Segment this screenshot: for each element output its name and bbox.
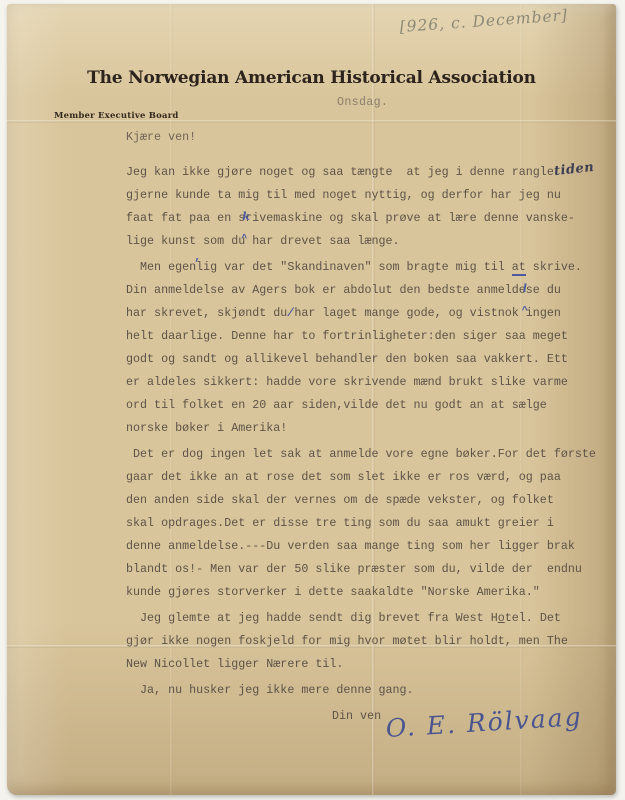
body-line: New Nicollet ligger Nærere til. xyxy=(126,653,616,676)
body-line: er aldeles sikkert: hadde vore skrivende… xyxy=(126,371,616,394)
body-line: gjør ikke nogen foskjeld for mig hvor mø… xyxy=(126,630,616,653)
typed-text: Jeg kan ikke gjøre noget og saa tængte a… xyxy=(126,165,554,179)
typed-text: faat fat paa en s xyxy=(126,211,245,225)
typed-text: skrive. xyxy=(526,260,582,274)
typed-text: har skrevet, skjøndt du xyxy=(126,306,287,320)
typed-text: se du xyxy=(526,283,561,297)
body-line: faat fat paa en sk^rivemaskine og skal p… xyxy=(126,207,616,230)
underlined-word-at: at xyxy=(512,260,526,276)
typed-text: rivemaskine og skal prøve at lære denne … xyxy=(245,211,575,225)
body-line: norske bøker i Amerika! xyxy=(126,417,616,440)
body-line: blandt os!- Men var der 50 slike præster… xyxy=(126,558,616,581)
caret-mark: ^ xyxy=(241,228,247,251)
handwritten-insert-tiden: tiden xyxy=(553,156,595,183)
body-line: Jeg kan ikke gjøre noget og saa tængte a… xyxy=(126,160,616,184)
body-line: Jeg glemte at jeg hadde sendt dig brevet… xyxy=(126,607,616,630)
body-line: lige kunst, som du har drevet saa længe. xyxy=(126,230,616,253)
letterhead-title: The Norwegian American Historical Associ… xyxy=(7,68,616,88)
member-note: Member Executive Board xyxy=(54,111,179,121)
inserted-comma: , xyxy=(194,246,201,269)
body-line: denne anmeldelse.---Du verden saa mange … xyxy=(126,535,616,558)
scanned-letter: [926, c. December] The Norwegian America… xyxy=(0,0,625,800)
typed-text: som du har drevet saa længe. xyxy=(196,234,399,248)
body-line: helt daarlige. Denne har to fortrinlighe… xyxy=(126,325,616,348)
typed-text: tel. Det xyxy=(505,611,561,625)
inserted-letter: k xyxy=(242,205,250,228)
body-line: ord til folket en 20 aar siden,vilde det… xyxy=(126,394,616,417)
body-line: skal opdrages.Det er disse tre ting som … xyxy=(126,512,616,535)
body-line: har skrevet, skjøndt du/har laget mange … xyxy=(126,302,616,325)
inserted-letter: l xyxy=(523,277,527,300)
caret-mark: ^ xyxy=(522,300,528,323)
body-line: kunde gjøres storverker i dette saakaldt… xyxy=(126,581,616,604)
body-line: den anden side skal der vernes om de spæ… xyxy=(126,489,616,512)
body-line: Din anmeldelse av Agers bok er abdolut d… xyxy=(126,279,616,302)
body-line: Ja, nu husker jeg ikke mere denne gang. xyxy=(126,679,616,702)
salutation: Kjære ven! xyxy=(126,130,196,144)
body-line: Det er dog ingen let sak at anmelde vore… xyxy=(126,443,616,466)
archival-date-note: [926, c. December] xyxy=(399,3,620,36)
typed-text: Men egenlig var det "Skandinaven" som br… xyxy=(126,260,512,274)
dateline: Onsdag. xyxy=(337,95,388,109)
typed-text: Din anmeldelse av Agers bok er abdolut d… xyxy=(126,283,526,297)
typed-text: lige kunst xyxy=(126,234,196,248)
body-line: gjerne kunde ta mig til med noget nyttig… xyxy=(126,184,616,207)
typed-text: Jeg glemte at jeg hadde sendt dig brevet… xyxy=(126,611,498,625)
typed-overstrike-o: o xyxy=(498,611,505,625)
letter-paper: [926, c. December] The Norwegian America… xyxy=(7,4,616,795)
body-line: godt og sandt og allikevel behandler den… xyxy=(126,348,616,371)
body-line: gaar det ikke an at rose det som slet ik… xyxy=(126,466,616,489)
letter-body: Jeg kan ikke gjøre noget og saa tængte a… xyxy=(126,160,616,728)
